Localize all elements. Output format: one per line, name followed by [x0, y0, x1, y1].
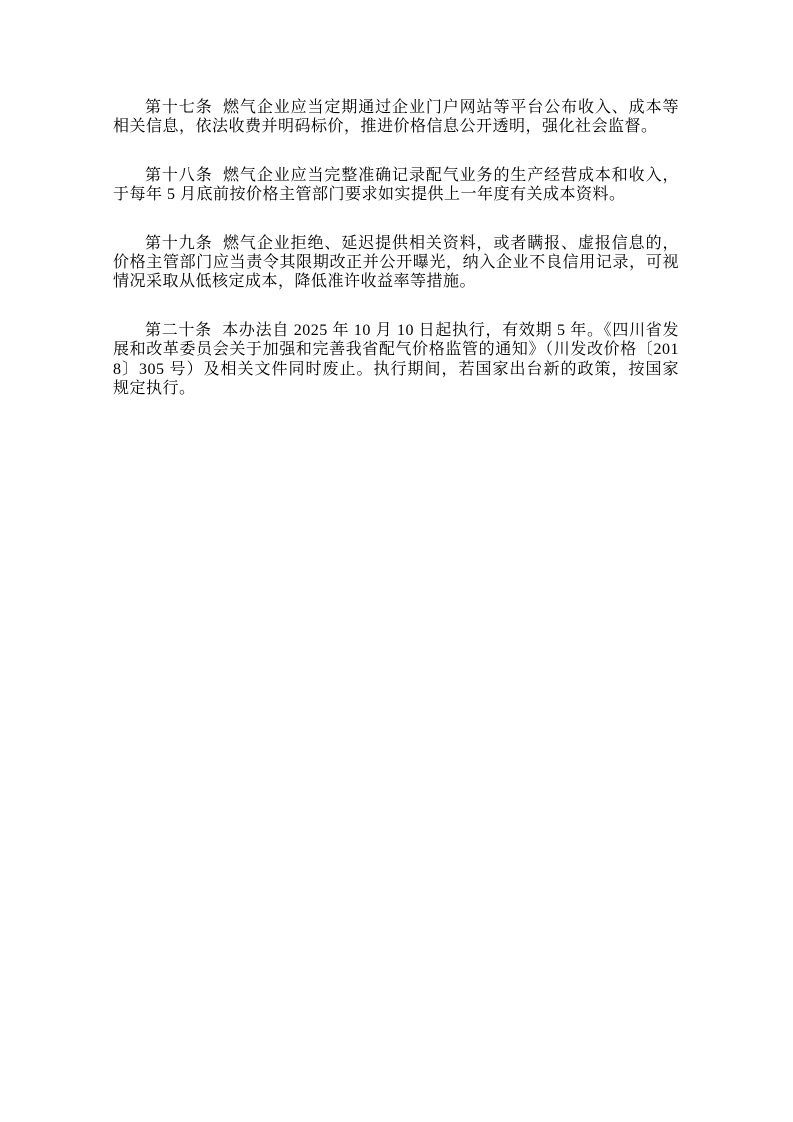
article-19-paragraph: 第十九条燃气企业拒绝、延迟提供相关资料，或者瞒报、虚报信息的，价格主管部门应当责…	[113, 234, 679, 292]
article-18-paragraph: 第十八条燃气企业应当完整准确记录配气业务的生产经营成本和收入，于每年 5 月底前…	[113, 166, 679, 205]
article-20-paragraph: 第二十条本办法自 2025 年 10 月 10 日起执行，有效期 5 年。《四川…	[113, 321, 679, 399]
article-19-number: 第十九条	[145, 235, 213, 252]
article-20-number: 第二十条	[145, 322, 212, 339]
document-page: 第十七条燃气企业应当定期通过企业门户网站等平台公布收入、成本等相关信息，依法收费…	[0, 0, 793, 1122]
article-17-number: 第十七条	[145, 99, 213, 116]
article-17-paragraph: 第十七条燃气企业应当定期通过企业门户网站等平台公布收入、成本等相关信息，依法收费…	[113, 98, 679, 137]
article-18-number: 第十八条	[145, 167, 213, 184]
